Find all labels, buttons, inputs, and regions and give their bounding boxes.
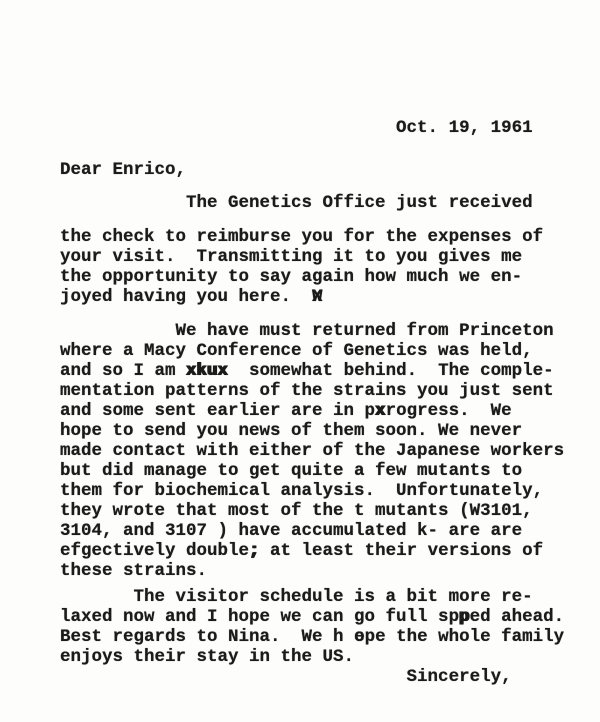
text-segment: made contact with either of the Japanese… <box>60 441 564 461</box>
overtyped-text: ; <box>249 541 260 561</box>
line-body-line: 3104, and 3107 ) have accumulated k- are… <box>60 521 592 541</box>
line-body-line: laxed now and I hope we can go full sppe… <box>60 607 592 627</box>
text-segment: but did manage to get quite a few mutant… <box>60 461 522 481</box>
text-segment: The Genetics Office just received <box>60 193 533 213</box>
text-segment: them for biochemical analysis. Unfortuna… <box>60 481 543 501</box>
text-segment: where a Macy Conference of Genetics was … <box>60 341 533 361</box>
line-body-line: the opportunity to say again how much we… <box>60 267 592 287</box>
text-segment: somewhat behind. The comple- <box>228 361 554 381</box>
line-body-line: your visit. Transmitting it to you gives… <box>60 247 592 267</box>
text-segment: The visitor schedule is a bit more re- <box>60 587 533 607</box>
text-segment: laxed now and I hope we can go full sp <box>60 607 459 627</box>
text-segment: Sincerely, <box>60 667 512 687</box>
line-body-line: made contact with either of the Japanese… <box>60 441 592 461</box>
line-body-line: the check to reimburse you for the expen… <box>60 227 592 247</box>
letter-body: Oct. 19, 1961Dear Enrico, The Genetics O… <box>60 118 592 687</box>
line-date: Oct. 19, 1961 <box>60 118 592 138</box>
line-body-line: and some sent earlier are in pxrogress. … <box>60 401 592 421</box>
line-body-line: efgectively double; at least their versi… <box>60 541 592 561</box>
text-segment: Dear Enrico, <box>60 160 186 180</box>
line-paragraph-opener: We have must returned from Princeton <box>60 321 592 341</box>
text-segment: joyed having you here. <box>60 287 312 307</box>
text-segment: these strains. <box>60 561 207 581</box>
line-body-line: Best regards to Nina. We h ope the whole… <box>60 627 592 647</box>
typewritten-letter-page: Oct. 19, 1961Dear Enrico, The Genetics O… <box>0 0 600 722</box>
overtyped-text: xkux <box>186 361 228 381</box>
line-closing: Sincerely, <box>60 667 592 687</box>
line-body-line: but did manage to get quite a few mutant… <box>60 461 592 481</box>
text-segment: enjoys their stay in the US. <box>60 647 354 667</box>
overtyped-text: p <box>459 607 470 627</box>
line-paragraph-opener: The Genetics Office just received <box>60 193 592 213</box>
overstruck-character: o <box>354 627 365 647</box>
text-segment: rogress. We <box>386 401 512 421</box>
line-body-line: hope to send you news of them soon. We n… <box>60 421 592 441</box>
line-body-line: these strains. <box>60 561 592 581</box>
overstruck-character: W <box>312 287 323 307</box>
text-segment: 3104, and 3107 ) have accumulated k- are… <box>60 521 522 541</box>
text-segment: the opportunity to say again how much we… <box>60 267 522 287</box>
text-segment: at least their versions of <box>260 541 544 561</box>
line-body-line: them for biochemical analysis. Unfortuna… <box>60 481 592 501</box>
line-body-line: and so I am xkux somewhat behind. The co… <box>60 361 592 381</box>
line-body-line: mentation patterns of the strains you ju… <box>60 381 592 401</box>
text-segment: hope to send you news of them soon. We n… <box>60 421 522 441</box>
text-segment: ed ahead. <box>470 607 565 627</box>
line-body-line: where a Macy Conference of Genetics was … <box>60 341 592 361</box>
text-segment: Best regards to Nina. We h <box>60 627 354 647</box>
text-segment: efgectively double <box>60 541 249 561</box>
line-body-line: they wrote that most of the t mutants (W… <box>60 501 592 521</box>
text-segment: they wrote that most of the t mutants (W… <box>60 501 533 521</box>
text-segment: Oct. 19, 1961 <box>60 118 533 138</box>
line-body-line: enjoys their stay in the US. <box>60 647 592 667</box>
line-paragraph-opener: The visitor schedule is a bit more re- <box>60 587 592 607</box>
line-salutation: Dear Enrico, <box>60 160 592 180</box>
text-segment: and so I am <box>60 361 186 381</box>
line-body-line: joyed having you here. W <box>60 287 592 307</box>
text-segment: and some sent earlier are in p <box>60 401 375 421</box>
text-segment: your visit. Transmitting it to you gives… <box>60 247 522 267</box>
text-segment: the check to reimburse you for the expen… <box>60 227 543 247</box>
text-segment: pe the whole family <box>365 627 565 647</box>
text-segment: mentation patterns of the strains you ju… <box>60 381 554 401</box>
text-segment: We have must returned from Princeton <box>60 321 554 341</box>
overtyped-text: x <box>375 401 386 421</box>
